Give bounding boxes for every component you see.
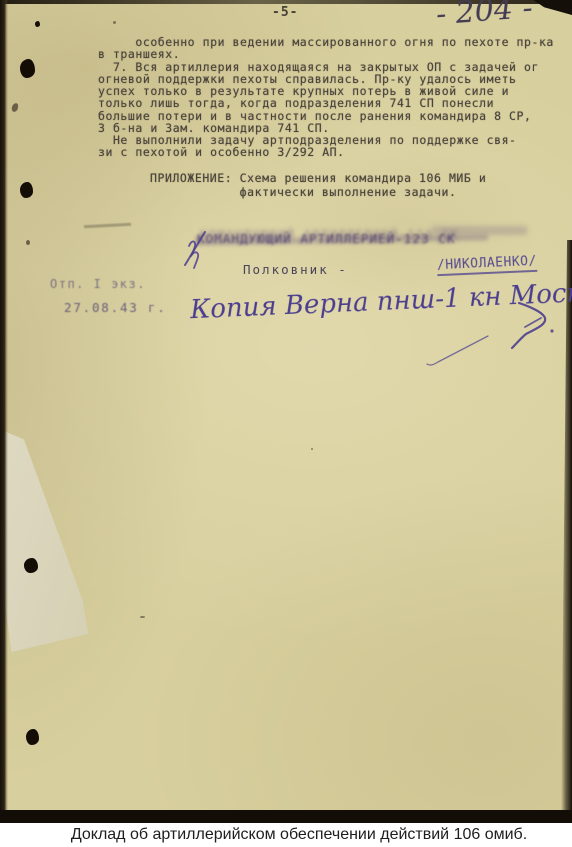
text-line: большие потери и в частности после ранен… <box>98 110 554 122</box>
text-line: в траншеях. <box>98 48 554 60</box>
scan-edge-top-right <box>531 0 572 15</box>
paper-speck <box>113 21 116 24</box>
text-line: фактически выполнение задачи. <box>150 186 486 200</box>
text-line: ПРИЛОЖЕНИЕ: Схема решения командира 106 … <box>150 172 486 186</box>
ink-blot <box>35 21 40 27</box>
handwritten-folio-number: - 204 - <box>435 0 534 32</box>
caption-text: Доклад об артиллерийском обеспечении дей… <box>71 826 527 844</box>
signature-underline-stroke <box>427 336 488 365</box>
date-note: 27.08.43 г. <box>64 300 167 315</box>
handwritten-certification: Копия Верна пнш-1 кн Москва <box>190 277 572 325</box>
body-paragraphs: особенно при ведении массированного огня… <box>98 36 554 159</box>
screenshot-root: -5- - 204 - особенно при ведении массиро… <box>0 0 572 847</box>
ink-dot <box>550 329 553 332</box>
signer-name: /НИКОЛАЕНКО/ <box>437 254 538 276</box>
smudged-title-stamp: КОМАНДУЮЩИЙ АРТИЛЛЕРИЕЙ-123 СК <box>197 231 456 246</box>
text-line: только лишь тогда, когда подразделения 7… <box>98 97 554 109</box>
scan-edge-bottom <box>0 810 572 823</box>
caption-bar: Доклад об артиллерийском обеспечении дей… <box>0 823 572 847</box>
punch-hole <box>26 729 39 745</box>
signature-flourish-cross <box>525 318 541 327</box>
signer-rank: Полковник - <box>243 262 348 277</box>
punch-hole <box>20 182 33 198</box>
punch-hole <box>24 558 38 573</box>
paper-speck <box>311 448 313 450</box>
copy-count-note: Отп. I экз. <box>50 277 146 291</box>
ink-blot <box>26 240 30 245</box>
attachment-note: ПРИЛОЖЕНИЕ: Схема решения командира 106 … <box>150 172 486 199</box>
punch-hole <box>20 59 35 78</box>
pencil-dash <box>84 223 131 228</box>
scan-edge-left <box>0 0 8 812</box>
scan-edge-right <box>561 240 572 812</box>
text-line: 7. Вся артиллерия находящаяся на закрыты… <box>98 61 554 73</box>
page-number: -5- <box>272 5 298 20</box>
ink-smudge <box>11 102 20 113</box>
text-line: зи с пехотой и особенно 3/292 АП. <box>98 146 554 158</box>
paper-speck <box>140 616 145 618</box>
document-scan-page: -5- - 204 - особенно при ведении массиро… <box>0 0 572 823</box>
paper-patch <box>0 426 96 652</box>
